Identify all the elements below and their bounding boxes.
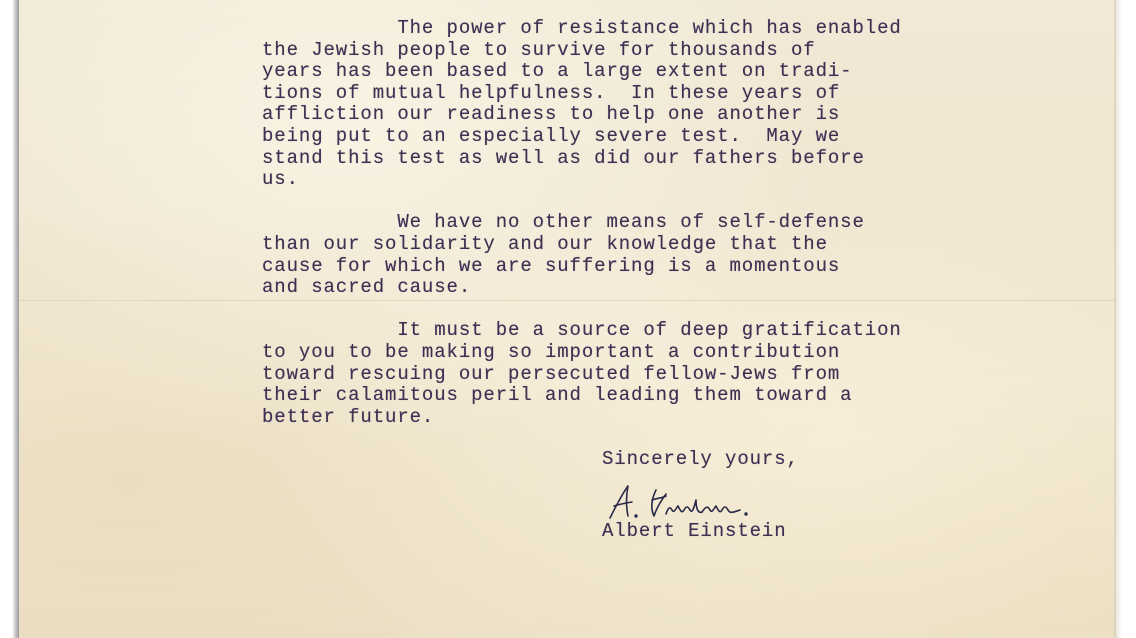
handwritten-signature: [602, 476, 799, 524]
text-line: The power of resistance which has enable…: [262, 18, 902, 40]
text-line: the Jewish people to survive for thousan…: [262, 40, 902, 62]
text-line: cause for which we are suffering is a mo…: [262, 256, 902, 278]
closing-block: Sincerely yours, Albert Einstein: [602, 448, 799, 542]
paragraph-gratification: It must be a source of deep gratificatio…: [262, 320, 902, 428]
text-line: and sacred cause.: [262, 277, 902, 299]
text-line: than our solidarity and our knowledge th…: [262, 234, 902, 256]
paragraph-self-defense: We have no other means of self-defenseth…: [262, 212, 902, 298]
text-line: better future.: [262, 407, 902, 429]
text-line: their calamitous peril and leading them …: [262, 385, 902, 407]
text-line: It must be a source of deep gratificatio…: [262, 320, 902, 342]
text-line: We have no other means of self-defense: [262, 212, 902, 234]
text-line: to you to be making so important a contr…: [262, 342, 902, 364]
text-line: affliction our readiness to help one ano…: [262, 104, 902, 126]
signature-icon: [604, 480, 804, 524]
paragraph-resistance: The power of resistance which has enable…: [262, 18, 902, 191]
letter-body: The power of resistance which has enable…: [262, 18, 902, 428]
text-line: us.: [262, 169, 902, 191]
text-line: years has been based to a large extent o…: [262, 61, 902, 83]
text-line: stand this test as well as did our fathe…: [262, 148, 902, 170]
text-line: being put to an especially severe test. …: [262, 126, 902, 148]
paper-edge: [1114, 0, 1122, 638]
text-line: toward rescuing our persecuted fellow-Je…: [262, 364, 902, 386]
text-line: tions of mutual helpfulness. In these ye…: [262, 83, 902, 105]
closing-salutation: Sincerely yours,: [602, 448, 799, 470]
